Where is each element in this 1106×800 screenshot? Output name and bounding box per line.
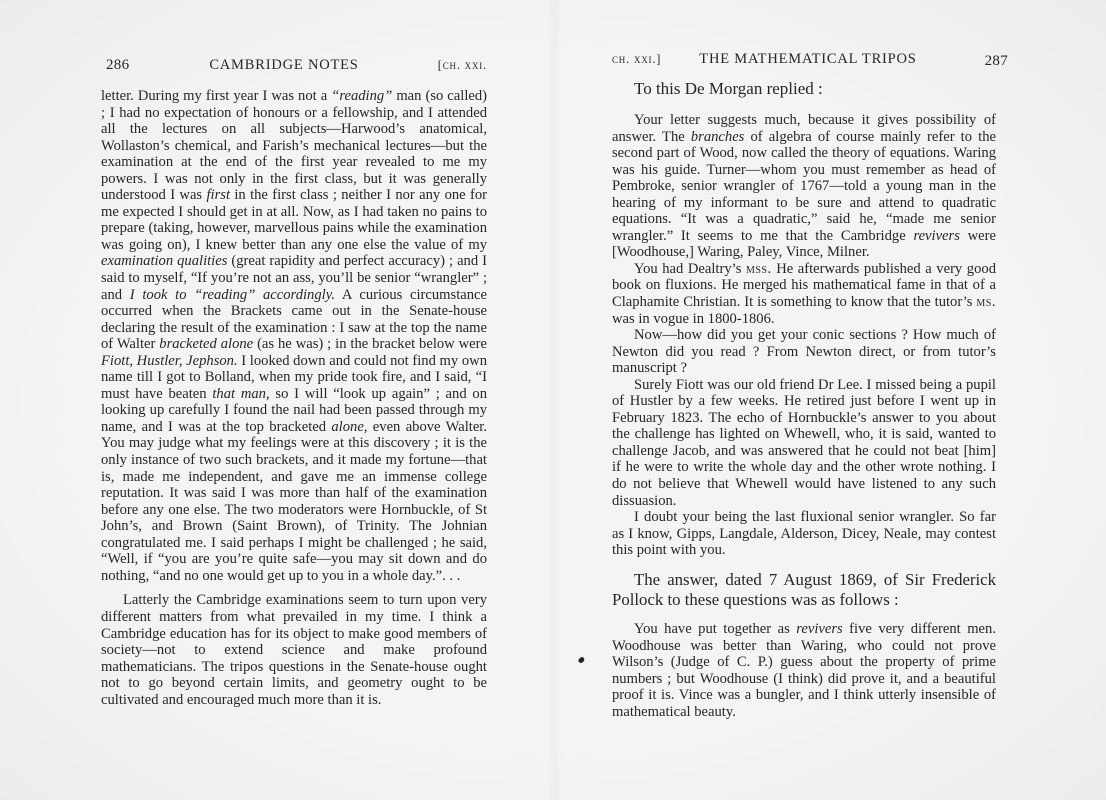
italic-text: “reading” (331, 88, 392, 104)
small-caps-text: MSS. (746, 261, 772, 277)
running-title: The Mathematical Tripos (640, 51, 976, 68)
running-title: Cambridge Notes (111, 57, 457, 74)
italic-text: I took to “reading” accordingly. (130, 287, 335, 303)
left-body-text: letter. During my first year I was not a… (101, 88, 487, 708)
paragraph: Your letter suggests much, because it gi… (612, 112, 996, 261)
italic-text: that man, (212, 386, 269, 402)
section-intro: The answer, dated 7 August 1869, of Sir … (612, 570, 996, 609)
ink-smudge (578, 656, 585, 664)
book-spread: 286 Cambridge Notes [CH. XXI. letter. Du… (0, 0, 1106, 800)
running-head-left: 286 Cambridge Notes [CH. XXI. (101, 57, 487, 77)
running-head-right: CH. XXI.] The Mathematical Tripos 287 (612, 51, 996, 71)
left-page: 286 Cambridge Notes [CH. XXI. letter. Du… (101, 0, 487, 800)
paragraph: You have put together as revivers five v… (612, 621, 996, 720)
gutter-shadow (548, 0, 562, 800)
italic-text: revivers (796, 621, 842, 637)
italic-text: examination qualities (101, 253, 227, 269)
italic-text: alone, (331, 419, 367, 435)
small-caps-text: MS. (976, 294, 996, 310)
pollock-letter: You have put together as revivers five v… (612, 621, 996, 720)
italic-text: revivers (913, 228, 959, 244)
right-page: CH. XXI.] The Mathematical Tripos 287 To… (612, 0, 996, 800)
paragraph: Latterly the Cambridge examinations seem… (101, 592, 487, 708)
paragraph: I doubt your being the last fluxional se… (612, 509, 996, 559)
italic-text: branches (691, 129, 745, 145)
paragraph: letter. During my first year I was not a… (101, 88, 487, 584)
section-intro: To this De Morgan replied : (612, 79, 996, 99)
page-number: 287 (985, 53, 1008, 70)
chapter-reference: [CH. XXI. (438, 58, 487, 73)
de-morgan-letter: Your letter suggests much, because it gi… (612, 112, 996, 559)
italic-text: bracketed alone (159, 336, 253, 352)
paragraph: You had Dealtry’s MSS. He afterwards pub… (612, 261, 996, 327)
paragraph: Surely Fiott was our old friend Dr Lee. … (612, 377, 996, 509)
italic-text: first (206, 187, 230, 203)
paragraph: Now—how did you get your conic sections … (612, 327, 996, 377)
italic-text: Fiott, Hustler, Jephson. (101, 353, 238, 369)
